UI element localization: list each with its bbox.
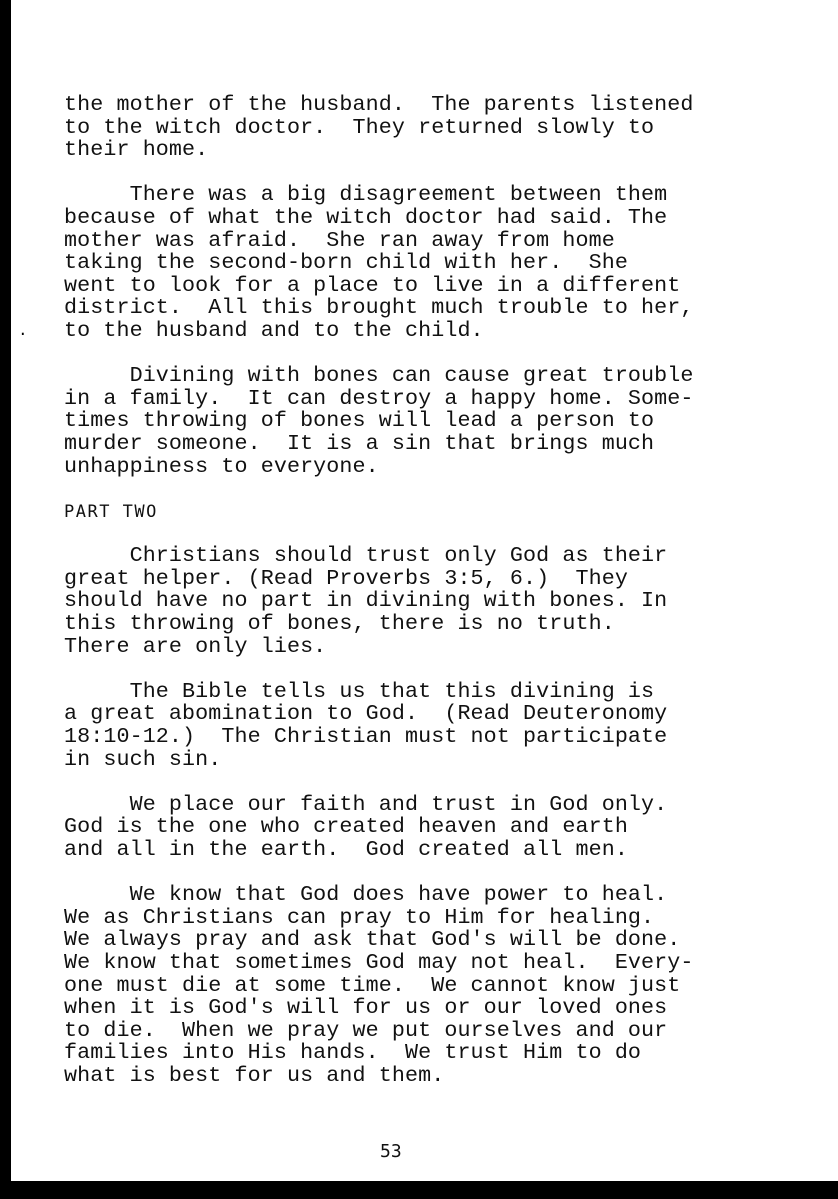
paragraph: We place our faith and trust in God only… xyxy=(64,794,764,862)
section-heading: PART TWO xyxy=(64,501,764,523)
paragraph: the mother of the husband. The parents l… xyxy=(64,94,764,162)
paragraph: The Bible tells us that this divining is… xyxy=(64,681,764,771)
scan-left-border xyxy=(0,0,11,1199)
paragraph: We know that God does have power to heal… xyxy=(64,884,764,1087)
page-body: the mother of the husband. The parents l… xyxy=(64,94,764,1088)
part-two-text: Christians should trust only God as thei… xyxy=(64,545,764,1087)
part-one-text: the mother of the husband. The parents l… xyxy=(64,94,764,478)
paragraph: There was a big disagreement between the… xyxy=(64,184,764,342)
scan-bottom-border xyxy=(0,1181,838,1199)
paragraph: Divining with bones can cause great trou… xyxy=(64,365,764,478)
page-number: 53 xyxy=(380,1141,402,1162)
margin-mark: . xyxy=(18,322,28,340)
paragraph: Christians should trust only God as thei… xyxy=(64,545,764,658)
